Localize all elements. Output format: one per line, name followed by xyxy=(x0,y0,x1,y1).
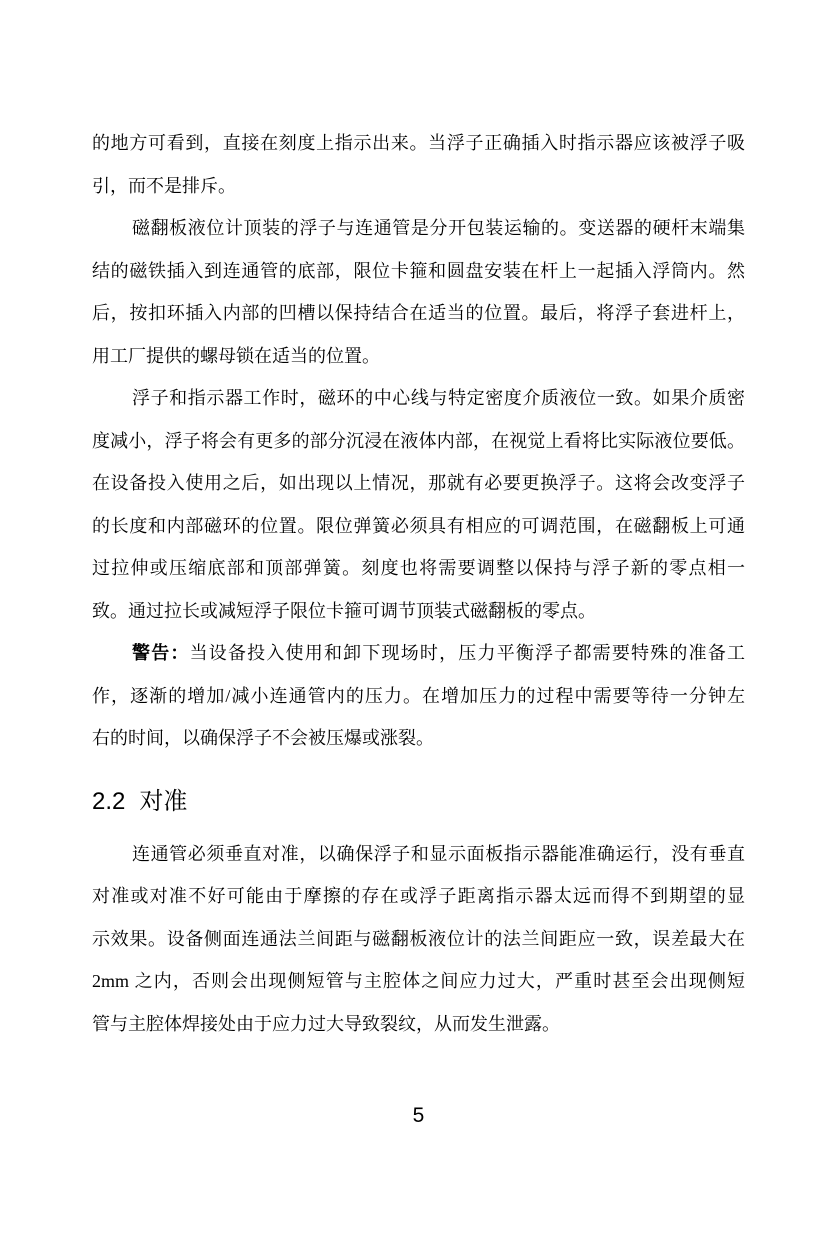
text-line: 右的时间，以确保浮子不会被压爆或涨裂。 xyxy=(92,717,745,760)
section-heading: 2.2对准 xyxy=(92,785,745,819)
text-line: 后，按扣环插入内部的凹槽以保持结合在适当的位置。最后，将浮子套进杆上， xyxy=(92,292,745,335)
warning-first-line: 警告：当设备投入使用和卸下现场时，压力平衡浮子都需要特殊的准备工 xyxy=(92,632,745,675)
warning-label: 警告： xyxy=(132,643,190,663)
text-line: 磁翻板液位计顶装的浮子与连通管是分开包装运输的。变送器的硬杆末端集 xyxy=(92,207,745,250)
page-content: 的地方可看到，直接在刻度上指示出来。当浮子正确插入时指示器应该被浮子吸 引，而不… xyxy=(92,122,745,1129)
text-line: 的地方可看到，直接在刻度上指示出来。当浮子正确插入时指示器应该被浮子吸 xyxy=(92,122,745,165)
text-line: 用工厂提供的螺母锁在适当的位置。 xyxy=(92,335,745,378)
text-line: 引，而不是排斥。 xyxy=(92,165,745,208)
section-number: 2.2 xyxy=(92,788,125,815)
paragraph-continuation: 的地方可看到，直接在刻度上指示出来。当浮子正确插入时指示器应该被浮子吸 引，而不… xyxy=(92,122,745,207)
text-line: 度减小，浮子将会有更多的部分沉浸在液体内部，在视觉上看将比实际液位要低。 xyxy=(92,420,745,463)
warning-text: 当设备投入使用和卸下现场时，压力平衡浮子都需要特殊的准备工 xyxy=(190,643,745,663)
document-page: 的地方可看到，直接在刻度上指示出来。当浮子正确插入时指示器应该被浮子吸 引，而不… xyxy=(0,0,839,1240)
paragraph-float-indicator: 浮子和指示器工作时，磁环的中心线与特定密度介质液位一致。如果介质密 度减小，浮子… xyxy=(92,377,745,632)
section-title: 对准 xyxy=(139,789,187,815)
text-line: 连通管必须垂直对准，以确保浮子和显示面板指示器能准确运行，没有垂直 xyxy=(92,833,745,876)
paragraph-alignment: 连通管必须垂直对准，以确保浮子和显示面板指示器能准确运行，没有垂直 对准或对准不… xyxy=(92,833,745,1046)
text-line: 在设备投入使用之后，如出现以上情况，那就有必要更换浮子。这将会改变浮子 xyxy=(92,462,745,505)
text-line: 结的磁铁插入到连通管的底部，限位卡箍和圆盘安装在杆上一起插入浮筒内。然 xyxy=(92,250,745,293)
text-line: 的长度和内部磁环的位置。限位弹簧必须具有相应的可调范围，在磁翻板上可通 xyxy=(92,505,745,548)
page-number: 5 xyxy=(92,1103,745,1129)
text-line: 对准或对准不好可能由于摩擦的存在或浮子距离指示器太远而得不到期望的显 xyxy=(92,875,745,918)
text-line: 管与主腔体焊接处由于应力过大导致裂纹，从而发生泄露。 xyxy=(92,1003,745,1046)
warning-paragraph: 警告：当设备投入使用和卸下现场时，压力平衡浮子都需要特殊的准备工 作，逐渐的增加… xyxy=(92,632,745,760)
text-line: 2mm 之内，否则会出现侧短管与主腔体之间应力过大，严重时甚至会出现侧短 xyxy=(92,960,745,1003)
text-line: 过拉伸或压缩底部和顶部弹簧。刻度也将需要调整以保持与浮子新的零点相一 xyxy=(92,547,745,590)
text-line: 浮子和指示器工作时，磁环的中心线与特定密度介质液位一致。如果介质密 xyxy=(92,377,745,420)
text-line: 作，逐渐的增加/减小连通管内的压力。在增加压力的过程中需要等待一分钟左 xyxy=(92,675,745,718)
paragraph-top-mount-float: 磁翻板液位计顶装的浮子与连通管是分开包装运输的。变送器的硬杆末端集 结的磁铁插入… xyxy=(92,207,745,377)
text-line: 致。通过拉长或减短浮子限位卡箍可调节顶装式磁翻板的零点。 xyxy=(92,590,745,633)
text-line: 示效果。设备侧面连通法兰间距与磁翻板液位计的法兰间距应一致，误差最大在 xyxy=(92,918,745,961)
